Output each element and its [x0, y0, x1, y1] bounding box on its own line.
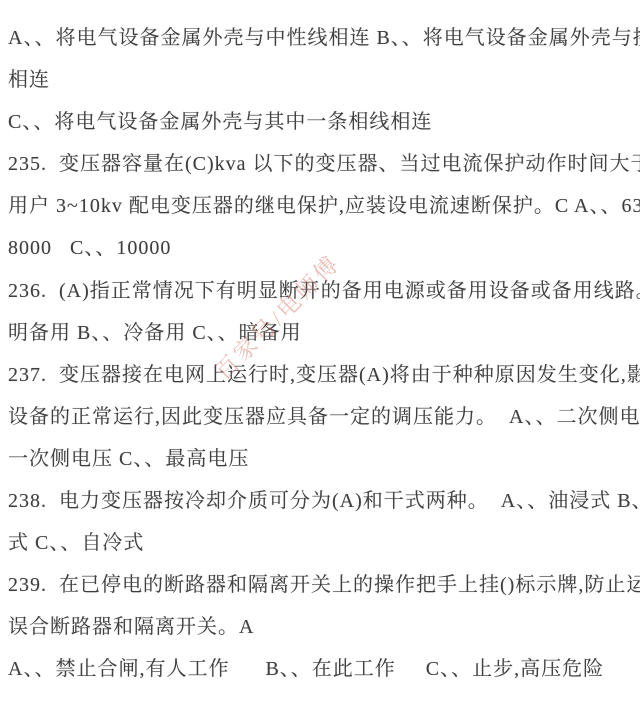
text-line-question-235-cont: 用户 3~10kv 配电变压器的继电保护,应装设电流速断保护。C A、、6300… — [0, 185, 640, 227]
text-line-question-235: 235. 变压器容量在(C)kva 以下的变压器、当过电流保护动作时间大于 0.… — [0, 143, 640, 185]
text-line-question-238: 238. 电力变压器按冷却介质可分为(A)和干式两种。 A、、油浸式 B、、风冷 — [0, 480, 640, 522]
text-line-question-235-options: 8000 C、、10000 — [0, 227, 640, 269]
text-line-question-239-cont: 误合断路器和隔离开关。A — [0, 606, 640, 648]
text-line-question-238-options: 式 C、、自冷式 — [0, 522, 640, 564]
text-line-question-237-options: 一次侧电压 C、、最高电压 — [0, 438, 640, 480]
text-line-question-236-options: 明备用 B、、冷备用 C、、暗备用 — [0, 312, 640, 354]
document-page: 百家号/电师傅 A、、将电气设备金属外壳与中性线相连 B、、将电气设备金属外壳与… — [0, 0, 640, 720]
text-line-question-237-cont: 设备的正常运行,因此变压器应具备一定的调压能力。 A、、二次侧电压 B、、 — [0, 396, 640, 438]
text-line-question-236: 236. (A)指正常情况下有明显断开的备用电源或备用设备或备用线路。 A、、 — [0, 270, 640, 312]
text-line-question-237: 237. 变压器接在电网上运行时,变压器(A)将由于种种原因发生变化,影响用电 — [0, 354, 640, 396]
text-line-question-239-options: A、、禁止合闸,有人工作 B、、在此工作 C、、止步,高压危险 — [0, 648, 640, 690]
text-line-answer-b-cont: 相连 — [0, 59, 640, 101]
text-line-question-239: 239. 在已停电的断路器和隔离开关上的操作把手上挂()标示牌,防止运行人员 — [0, 564, 640, 606]
text-line-answer-c: C、、将电气设备金属外壳与其中一条相线相连 — [0, 101, 640, 143]
text-line-answer-a-b: A、、将电气设备金属外壳与中性线相连 B、、将电气设备金属外壳与接地装置 — [0, 17, 640, 59]
